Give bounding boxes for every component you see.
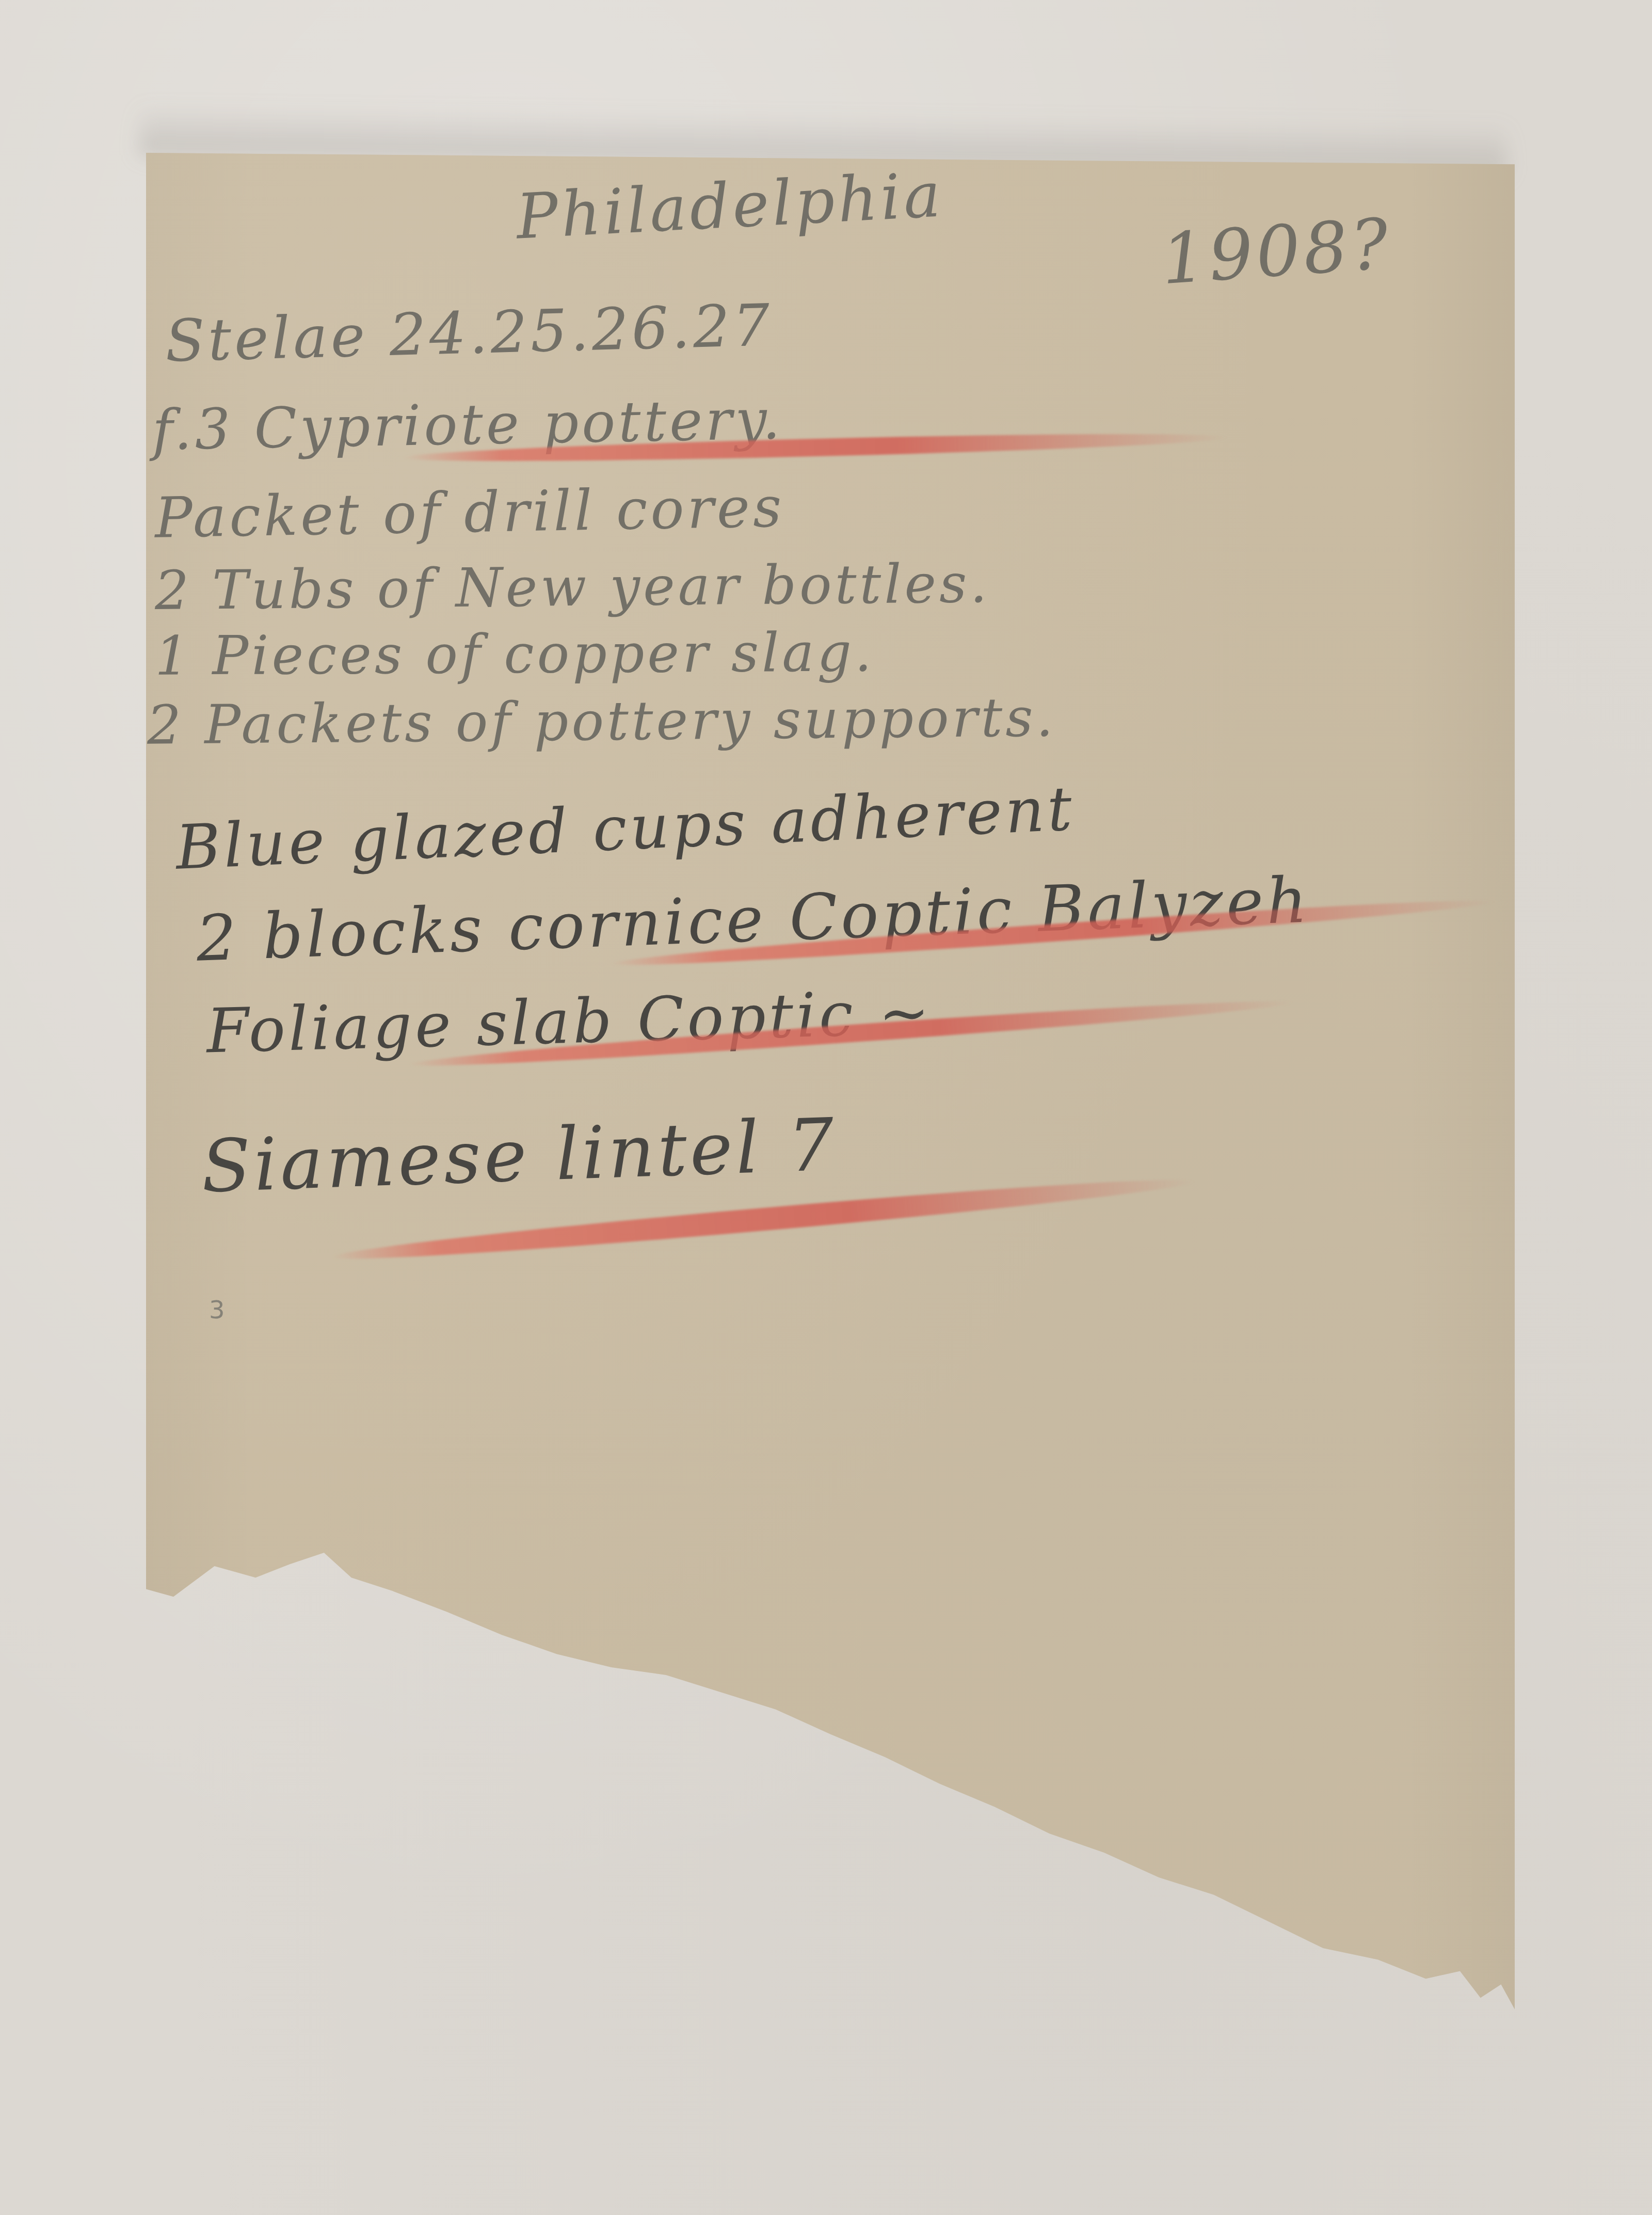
line-pottery-supports: 2 Packets of pottery supports. (147, 690, 1056, 752)
line-copper-slag: 1 Pieces of copper slag. (155, 625, 875, 682)
stray-pencil-mark: 3 (209, 1296, 225, 1325)
line-siamese-lintel: Siamese lintel 7 (200, 1109, 838, 1204)
line-stelae: Stelae 24.25.26.27 (165, 297, 774, 371)
line-drill-cores: Packet of drill cores (154, 480, 785, 546)
date-note: 1908? (1159, 209, 1393, 295)
line-new-year-bottles: 2 Tubs of New year bottles. (155, 556, 990, 617)
